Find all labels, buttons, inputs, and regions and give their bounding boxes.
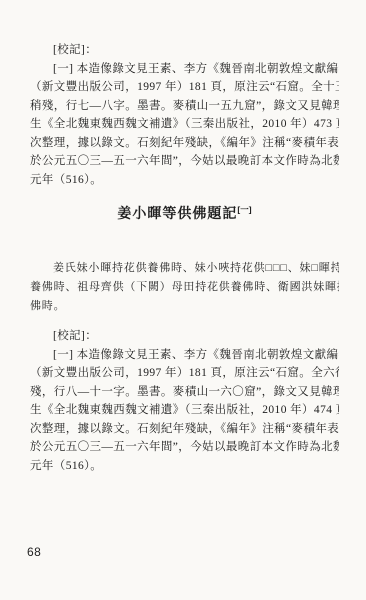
book-page: [校記]： [一] 本造像錄文見王素、李方《魏晉南北朝敦煌文獻編年》 （新文豐出… <box>0 0 366 600</box>
inscription-line: 養佛時、祖母齊供（下闕）母田持花供養佛時、衛國洪妹暉持花供養 <box>30 278 339 297</box>
inscription-line: 姜氏妹小暉持花供養佛時、妹小唊持花供□□□、妹□暉持花供 <box>30 259 339 278</box>
inscription-line: 佛時。 <box>30 297 339 316</box>
collation-note-line: [一] 本造像錄文見王素、李方《魏晉南北朝敦煌文獻編年》 <box>30 60 339 79</box>
collation-note-line: [一] 本造像錄文見王素、李方《魏晉南北朝敦煌文獻編年》 <box>30 346 339 365</box>
collation-notes-section-1: [校記]： [一] 本造像錄文見王素、李方《魏晉南北朝敦煌文獻編年》 （新文豐出… <box>30 41 339 189</box>
collation-heading: [校記]： <box>30 327 339 346</box>
collation-note-line: （新文豐出版公司，1997 年）181 頁，原注云“石窟。全十三行， <box>30 78 339 97</box>
collation-note-line: 元年（516）。 <box>30 457 339 476</box>
collation-heading: [校記]： <box>30 41 339 60</box>
collation-note-line: 生《全北魏東魏西魏文補遺》（三秦出版社，2010 年）474 頁，本 <box>30 401 339 420</box>
collation-note-line: 稍殘，行七—八字。墨書。麥積山一五九窟”，錄文又見韓理洲先 <box>30 97 339 116</box>
collation-note-line: 元年（516）。 <box>30 171 339 190</box>
title-note-superscript: [一] <box>237 204 251 214</box>
collation-notes-section-2: [校記]： [一] 本造像錄文見王素、李方《魏晉南北朝敦煌文獻編年》 （新文豐出… <box>30 327 339 475</box>
inscription-title: 姜小暉等供佛題記[一] <box>30 203 339 223</box>
collation-note-line: 次整理，據以錄文。石刻紀年殘缺，《編年》注稱“麥積年表等定 <box>30 134 339 153</box>
collation-note-line: 殘，行八—十一字。墨書。麥積山一六〇窟”，錄文又見韓理洲先 <box>30 383 339 402</box>
inscription-text: 姜氏妹小暉持花供養佛時、妹小唊持花供□□□、妹□暉持花供 養佛時、祖母齊供（下闕… <box>30 259 339 315</box>
inscription-title-text: 姜小暉等供佛題記 <box>117 205 237 221</box>
page-number: 68 <box>27 545 41 559</box>
collation-note-line: （新文豐出版公司，1997 年）181 頁，原注云“石窟。全六行，稍 <box>30 364 339 383</box>
collation-note-line: 次整理，據以錄文。石刻紀年殘缺，《編年》注稱“麥積年表等定 <box>30 420 339 439</box>
collation-note-line: 於公元五〇三—五一六年間”，今姑以最晚訂本文作時為北魏熙平 <box>30 438 339 457</box>
collation-note-line: 生《全北魏東魏西魏文補遺》（三秦出版社，2010 年）473 頁，本 <box>30 115 339 134</box>
collation-note-line: 於公元五〇三—五一六年間”，今姑以最晚訂本文作時為北魏熙平 <box>30 152 339 171</box>
